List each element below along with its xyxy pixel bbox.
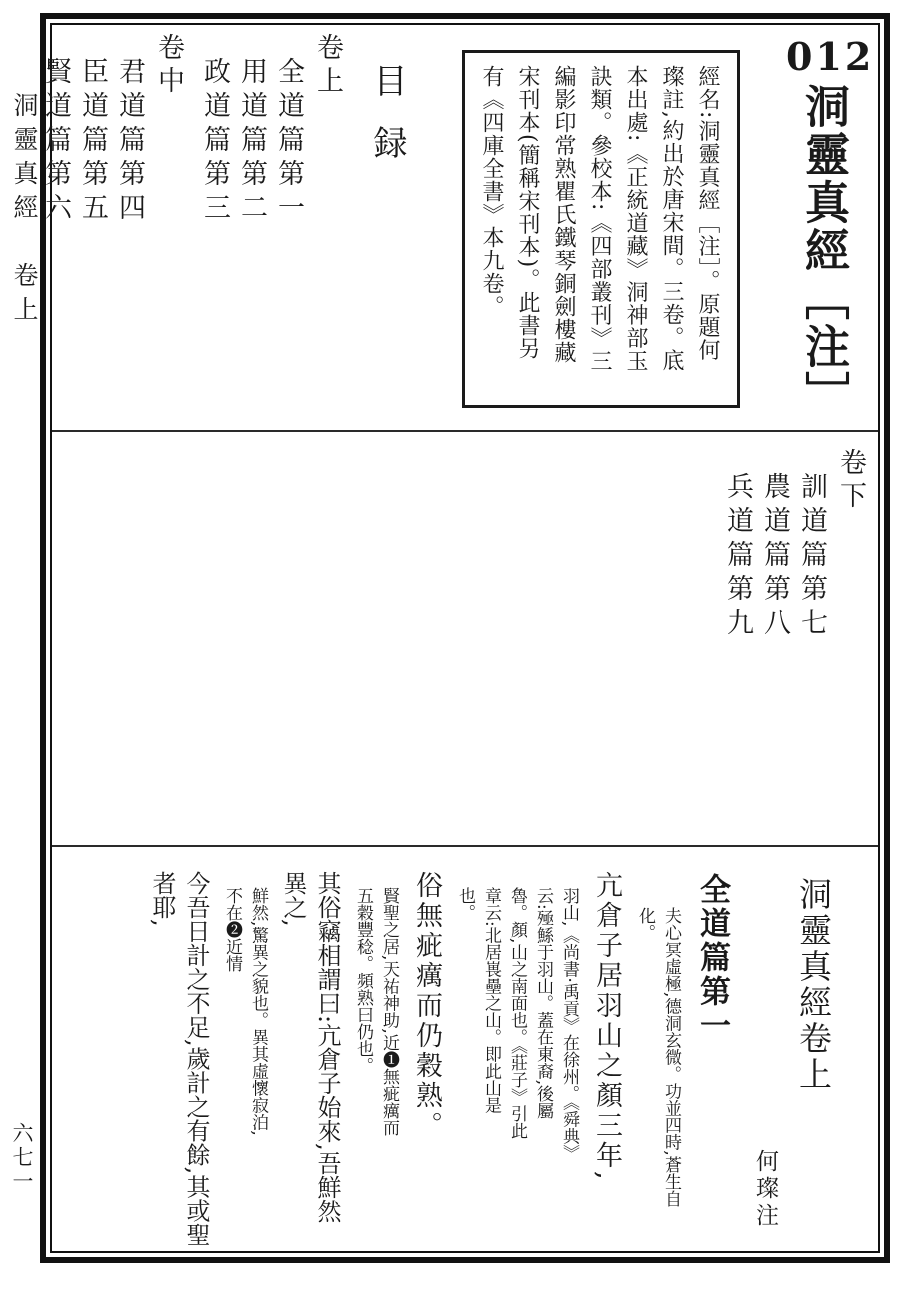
page-frame-inner: 012 洞靈真經［注］ 經名:洞靈真經［注］。原題何 璨註,約出於唐宋間。三卷。… <box>50 23 880 1253</box>
section-toc-volume-3: 卷下 訓道篇第七 農道篇第八 兵道篇第九 <box>52 432 878 845</box>
book-title: 洞靈真經［注］ <box>793 83 853 419</box>
edition-note-text: 經名:洞靈真經［注］。原題何 璨註,約出於唐宋間。三卷。底 本出處:《正統道藏》… <box>473 65 725 395</box>
book-title-block: 012 洞靈真經［注］ <box>786 35 860 419</box>
page-frame: 012 洞靈真經［注］ 經名:洞靈真經［注］。原題何 璨註,約出於唐宋間。三卷。… <box>40 13 890 1263</box>
chapter-title: 全道篇第一 <box>690 869 734 1243</box>
commentary-run: 羽山,《尚書·禹貢》在徐州。《舜典》 云:殛鯀于羽山。蓋在東裔,後屬 魯。顏,山… <box>452 869 582 1243</box>
main-text-run: 俗無疵癘而仍穀熟。 <box>407 869 446 1243</box>
section-front-matter: 012 洞靈真經［注］ 經名:洞靈真經［注］。原題何 璨註,約出於唐宋間。三卷。… <box>52 25 878 430</box>
toc-volume-1-2: 卷上 全道篇第一 用道篇第二 政道篇第三 卷中 君道篇第四 臣道篇第五 賢道篇第… <box>27 33 345 413</box>
document-number: 012 <box>786 35 860 79</box>
toc-section-label: 卷中 <box>150 33 186 413</box>
volume-title: 洞靈真經卷上 <box>790 869 836 1243</box>
section-scripture: 洞靈真經卷上 何璨注 全道篇第一 夫心冥虛極,德洞玄微。功並四時,蒼生自 化。 … <box>52 847 878 1251</box>
toc-section-items: 君道篇第四 臣道篇第五 賢道篇第六 <box>37 33 148 413</box>
main-text-run: 亢倉子居羽山之顏三年, <box>587 869 626 1243</box>
toc-section-items: 全道篇第一 用道篇第二 政道篇第三 <box>196 33 307 413</box>
scripture-flow: 洞靈真經卷上 何璨注 全道篇第一 夫心冥虛極,德洞玄微。功並四時,蒼生自 化。 … <box>60 869 836 1243</box>
commentary-run: 夫心冥虛極,德洞玄微。功並四時,蒼生自 化。 <box>632 869 684 1243</box>
toc-heading: 目録 <box>363 63 412 187</box>
toc-section-items: 訓道篇第七 農道篇第八 兵道篇第九 <box>719 448 830 828</box>
toc-section-label: 卷上 <box>309 33 345 413</box>
toc-volume-3: 卷下 訓道篇第七 農道篇第八 兵道篇第九 <box>709 448 868 828</box>
commentary-run: 鮮然,驚異之貌也。異其虛懷寂泊, 不在❷近情 <box>219 869 271 1243</box>
edition-note-box: 經名:洞靈真經［注］。原題何 璨註,約出於唐宋間。三卷。底 本出處:《正統道藏》… <box>462 50 740 408</box>
scanned-book-page: 洞靈真經 卷上 六七一 012 洞靈真經［注］ 經名:洞靈真經［注］。原題何 璨… <box>0 0 900 1300</box>
page-number: 六七一 <box>9 1122 35 1194</box>
main-text-run: 今吾日計之不足,歲計之有餘,其或聖 者耶, <box>145 869 213 1243</box>
annotator-name: 何璨注 <box>748 869 782 1243</box>
main-text-run: 其俗竊相謂曰:亢倉子始來,吾鮮然 異之, <box>276 869 344 1243</box>
commentary-run: 賢聖之居,天祐神助,近❶無疵癘而 五穀豐稔。頻熟曰仍也。 <box>350 869 402 1243</box>
toc-section-label: 卷下 <box>832 448 868 828</box>
